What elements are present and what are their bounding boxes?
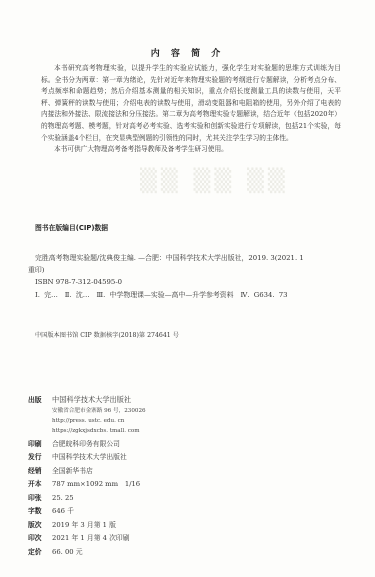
colophon-label: 经销 bbox=[28, 465, 52, 477]
abstract-body: 本书研究高考物理实验，以提升学生的实验应试能力，强化学生对实验题的思维方式训练为… bbox=[41, 63, 341, 156]
colophon-value: 2021 年 1 月第 4 次印刷 bbox=[52, 532, 130, 544]
colophon-label: 出版 bbox=[28, 394, 52, 406]
colophon-value: 中国科学技术大学出版社 bbox=[52, 451, 127, 463]
colophon-label: 印刷 bbox=[28, 438, 52, 450]
bleed-through-text: ▒▒ ▒▒ ▒▒ bbox=[140, 168, 289, 194]
publisher-url: http://press. ustc. edu. cn bbox=[52, 416, 146, 426]
colophon-label: 印次 bbox=[28, 532, 52, 544]
colophon-row-sheets: 印张 25. 25 bbox=[28, 492, 348, 504]
colophon-label: 印张 bbox=[28, 492, 52, 504]
colophon-value: 787 mm×1092 mm 1/16 bbox=[52, 478, 140, 490]
colophon-label: 字数 bbox=[28, 505, 52, 517]
colophon-value: 合肥皖科印务有限公司 bbox=[52, 438, 120, 450]
colophon-row-distributor: 发行 中国科学技术大学出版社 bbox=[28, 451, 348, 463]
abstract-paragraph: 本书研究高考物理实验，以提升学生的实验应试能力，强化学生对实验题的思维方式训练为… bbox=[41, 63, 341, 144]
colophon-value: 25. 25 bbox=[52, 492, 74, 504]
abstract-title: 内 容 简 介 bbox=[0, 46, 375, 59]
colophon-row-price: 定价 66. 00 元 bbox=[28, 546, 348, 558]
copyright-page: ▒▒ ▒▒ ▒▒ 内 容 简 介 本书研究高考物理实验，以提升学生的实验应试能力… bbox=[0, 0, 375, 577]
colophon-row-printer: 印刷 合肥皖科印务有限公司 bbox=[28, 438, 348, 450]
publisher-address: 安徽省合肥市金寨路 96 号，230026 bbox=[52, 406, 146, 416]
colophon-label: 定价 bbox=[28, 546, 52, 558]
colophon-row-format: 开本 787 mm×1092 mm 1/16 bbox=[28, 478, 348, 490]
cip-record: 完胜高考物理实验题/沈典俊主编. —合肥：中国科学技术大学出版社，2019. 3… bbox=[28, 252, 363, 288]
cip-isbn: ISBN 978-7-312-04595-0 bbox=[28, 276, 363, 288]
colophon-label: 开本 bbox=[28, 478, 52, 490]
colophon-value: 66. 00 元 bbox=[52, 546, 83, 558]
colophon-row-retailer: 经销 全国新华书店 bbox=[28, 465, 348, 477]
colophon-value: 646 千 bbox=[52, 505, 74, 517]
cip-classification: Ⅰ. 完… Ⅱ. 沈… Ⅲ. 中学物理课—实验—高中—升学参考资料 Ⅳ. G63… bbox=[35, 289, 288, 299]
colophon-row-edition: 版次 2019 年 3 月第 1 版 bbox=[28, 519, 348, 531]
cip-heading: 图书在版编目(CIP)数据 bbox=[35, 222, 108, 232]
colophon-row-printing: 印次 2021 年 1 月第 4 次印刷 bbox=[28, 532, 348, 544]
colophon-label: 版次 bbox=[28, 519, 52, 531]
colophon-label: 发行 bbox=[28, 451, 52, 463]
colophon: 出版 中国科学技术大学出版社 安徽省合肥市金寨路 96 号，230026 htt… bbox=[28, 394, 348, 559]
cip-record-line: 重印) bbox=[28, 264, 363, 276]
publisher-store-url: https://zgkxjsdxcbs. tmall. com bbox=[52, 426, 146, 436]
colophon-row-word-count: 字数 646 千 bbox=[28, 505, 348, 517]
publisher-name: 中国科学技术大学出版社 bbox=[52, 394, 146, 406]
colophon-value: 全国新华书店 bbox=[52, 465, 93, 477]
abstract-paragraph: 本书可供广大物理高考备考指导教师及备考学生研习使用。 bbox=[41, 144, 341, 156]
cip-record-line: 完胜高考物理实验题/沈典俊主编. —合肥：中国科学技术大学出版社，2019. 3… bbox=[28, 252, 363, 264]
colophon-value: 2019 年 3 月第 1 版 bbox=[52, 519, 116, 531]
cip-verification: 中国版本图书馆 CIP 数据核字(2018)第 274641 号 bbox=[35, 330, 179, 339]
colophon-row-publisher: 出版 中国科学技术大学出版社 安徽省合肥市金寨路 96 号，230026 htt… bbox=[28, 394, 348, 436]
